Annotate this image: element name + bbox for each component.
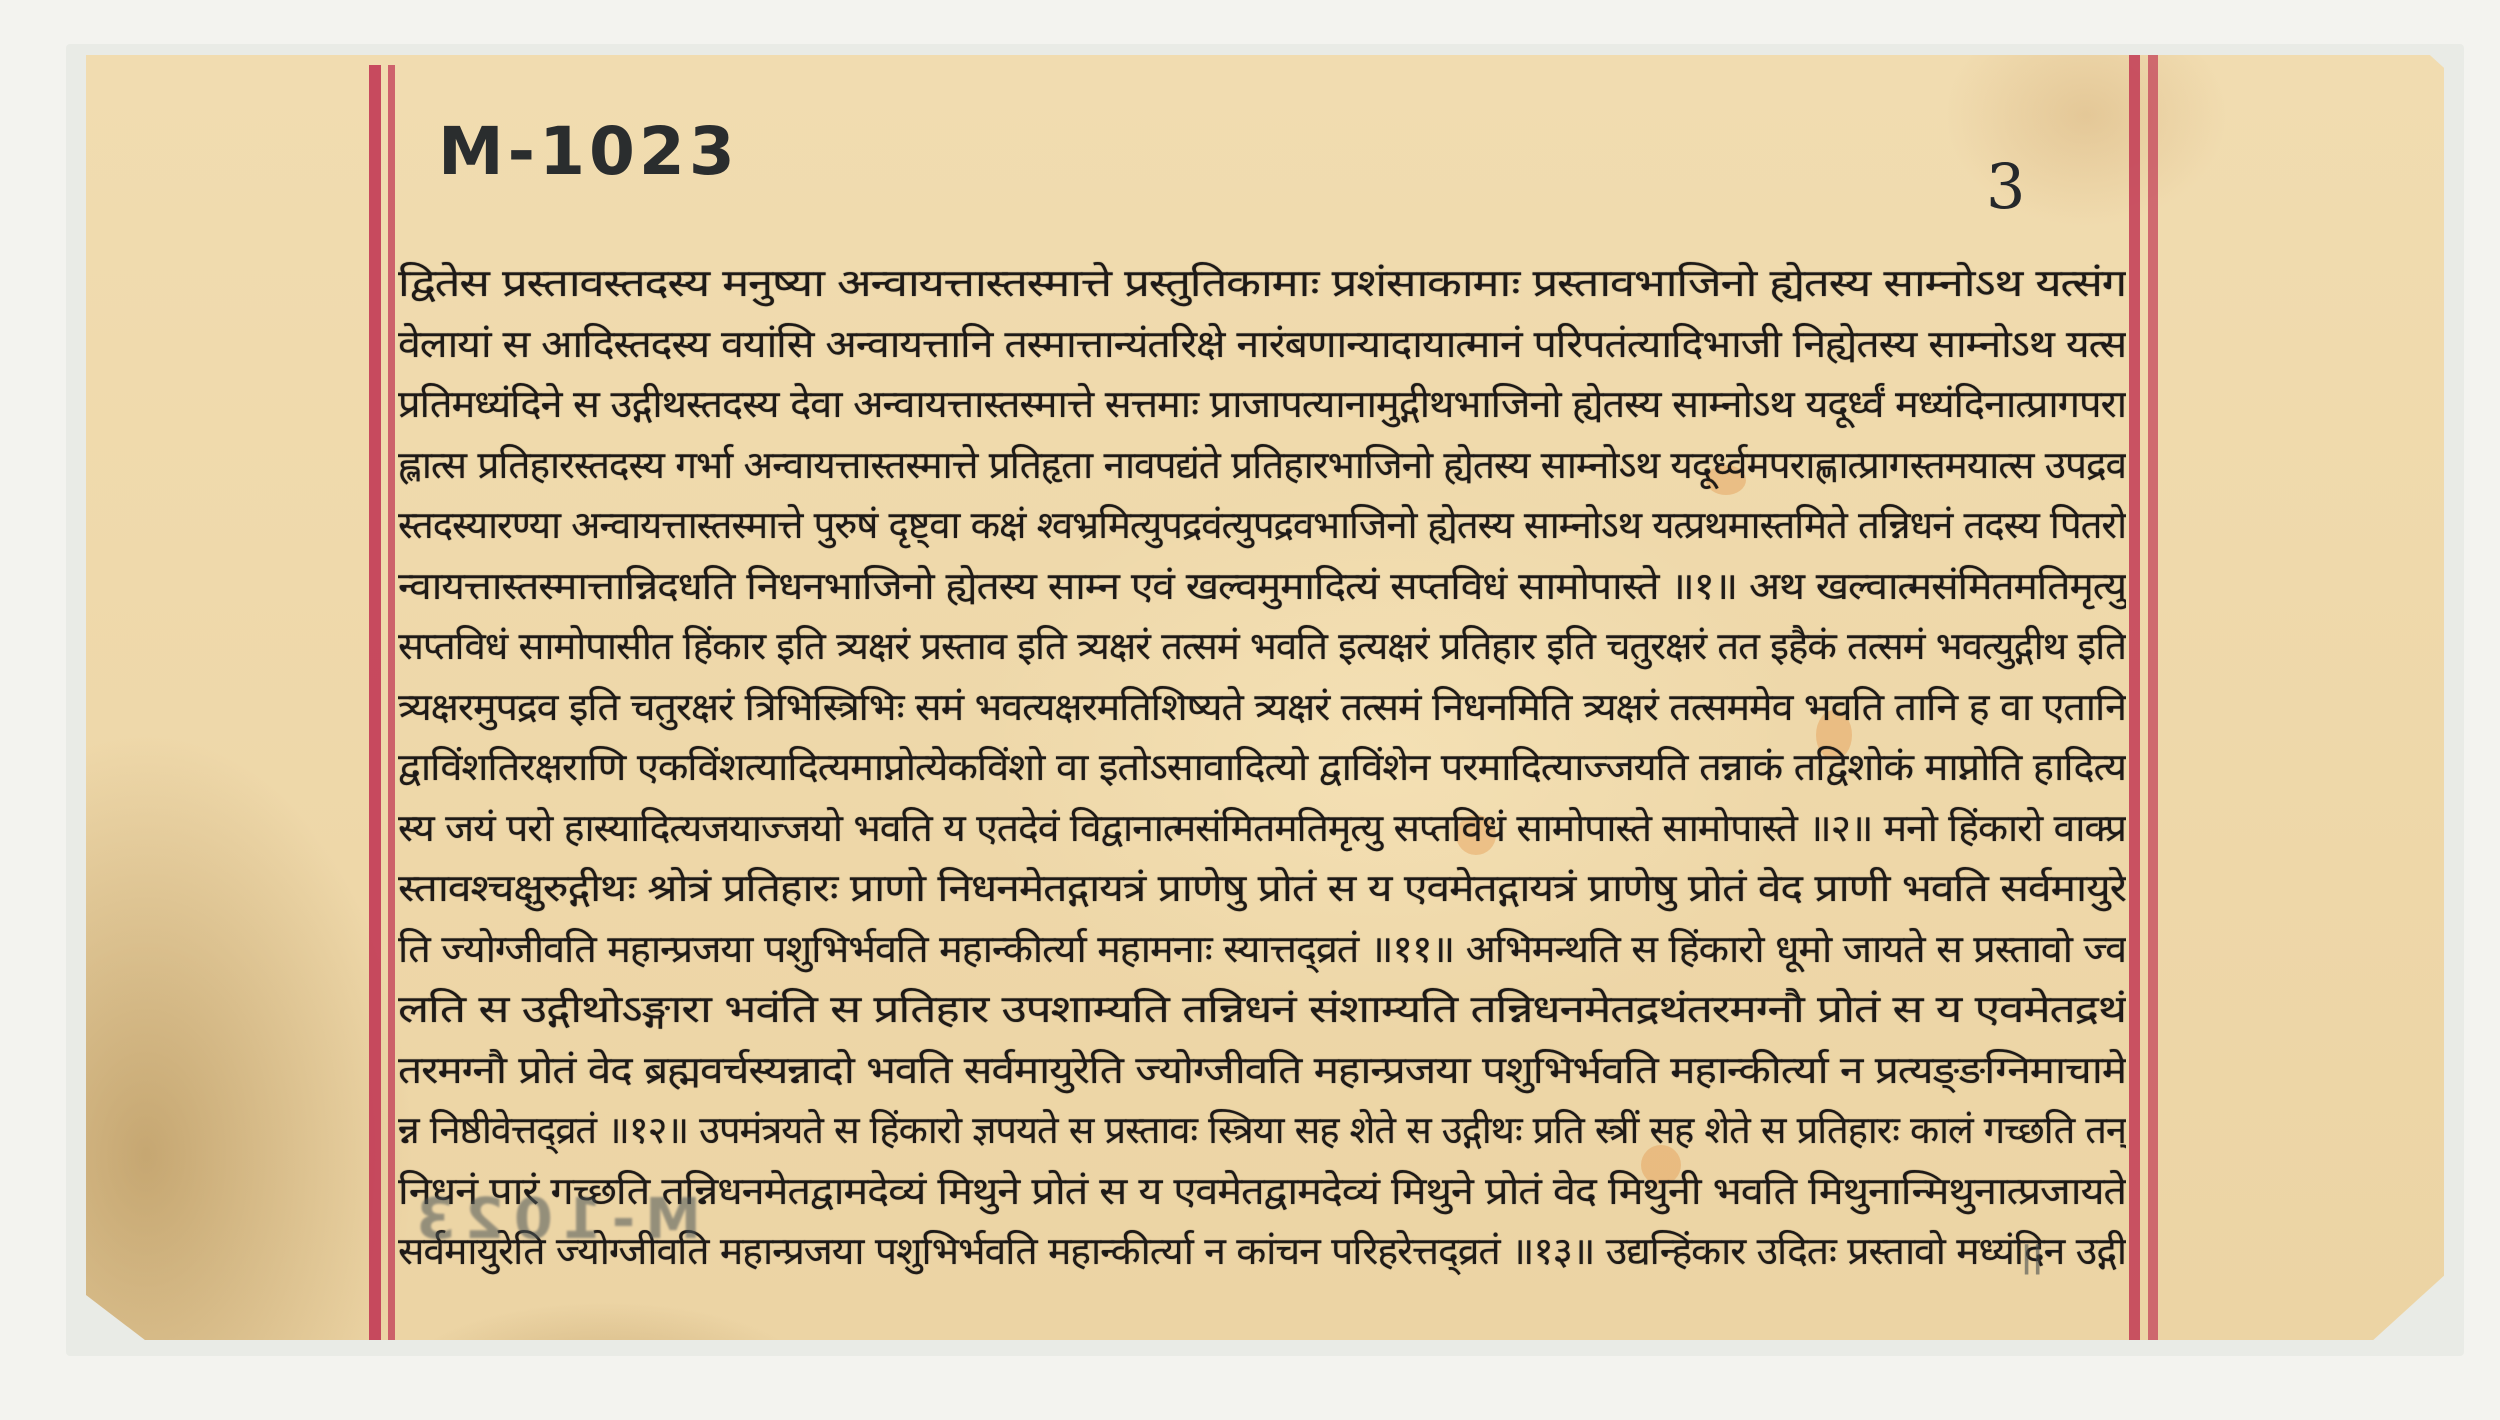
manuscript-folio: M-1023 3 द्वितेस प्रस्तावस्तदस्य मनुष्या… — [86, 55, 2444, 1340]
text-line: सप्तविधं सामोपासीत हिंकार इति त्र्यक्षरं… — [398, 616, 2126, 677]
right-margin-rule-outer — [2148, 55, 2158, 1340]
right-margin-rule-inner — [2129, 55, 2140, 1340]
text-line: स्तदस्यारण्या अन्वायत्तास्तस्मात्ते पुरु… — [398, 495, 2126, 556]
text-line: ह्लात्स प्रतिहारस्तदस्य गर्भा अन्वायत्ता… — [398, 435, 2126, 496]
text-line: न्न निष्ठीवेत्तद्व्रतं ॥१२॥ उपमंत्रयते स… — [398, 1100, 2126, 1161]
mirrored-shelfmark-offset: M-1023 — [406, 1187, 701, 1252]
text-line: स्य जयं परो हास्यादित्यजयाज्जयो भवति य ए… — [398, 798, 2126, 859]
text-line: द्वाविंशतिरक्षराणि एकविंशत्यादित्यमाप्नो… — [398, 737, 2126, 798]
text-line: तरमग्नौ प्रोतं वेद ब्रह्मवर्चस्यन्नादो भ… — [398, 1040, 2126, 1101]
text-line: वेलायां स आदिस्तदस्य वयांसि अन्वायत्तानि… — [398, 314, 2126, 375]
shelfmark-label: M-1023 — [438, 113, 739, 190]
folio-number: 3 — [1986, 150, 2025, 223]
left-margin-rule-outer — [369, 65, 381, 1340]
text-line: द्वितेस प्रस्तावस्तदस्य मनुष्या अन्वायत्… — [398, 253, 2126, 314]
left-margin-rule-inner — [388, 65, 395, 1340]
text-line: त्र्यक्षरमुपद्रव इति चतुरक्षरं त्रिभिस्त… — [398, 677, 2126, 738]
text-line: न्वायत्तास्तस्मात्तान्निदधति निधनभाजिनो … — [398, 556, 2126, 617]
text-line: ति ज्योग्जीवति महान्प्रजया पशुभिर्भवति म… — [398, 919, 2126, 980]
pencil-mark: ꞁꞁ — [2021, 1230, 2043, 1276]
text-line: प्रतिमध्यंदिने स उद्गीथस्तदस्य देवा अन्व… — [398, 374, 2126, 435]
manuscript-text: द्वितेस प्रस्तावस्तदस्य मनुष्या अन्वायत्… — [398, 253, 2126, 1282]
text-line: लति स उद्गीथोऽङ्गारा भवंति स प्रतिहार उप… — [398, 979, 2126, 1040]
text-line: स्तावश्चक्षुरुद्गीथः श्रोत्रं प्रतिहारः … — [398, 858, 2126, 919]
